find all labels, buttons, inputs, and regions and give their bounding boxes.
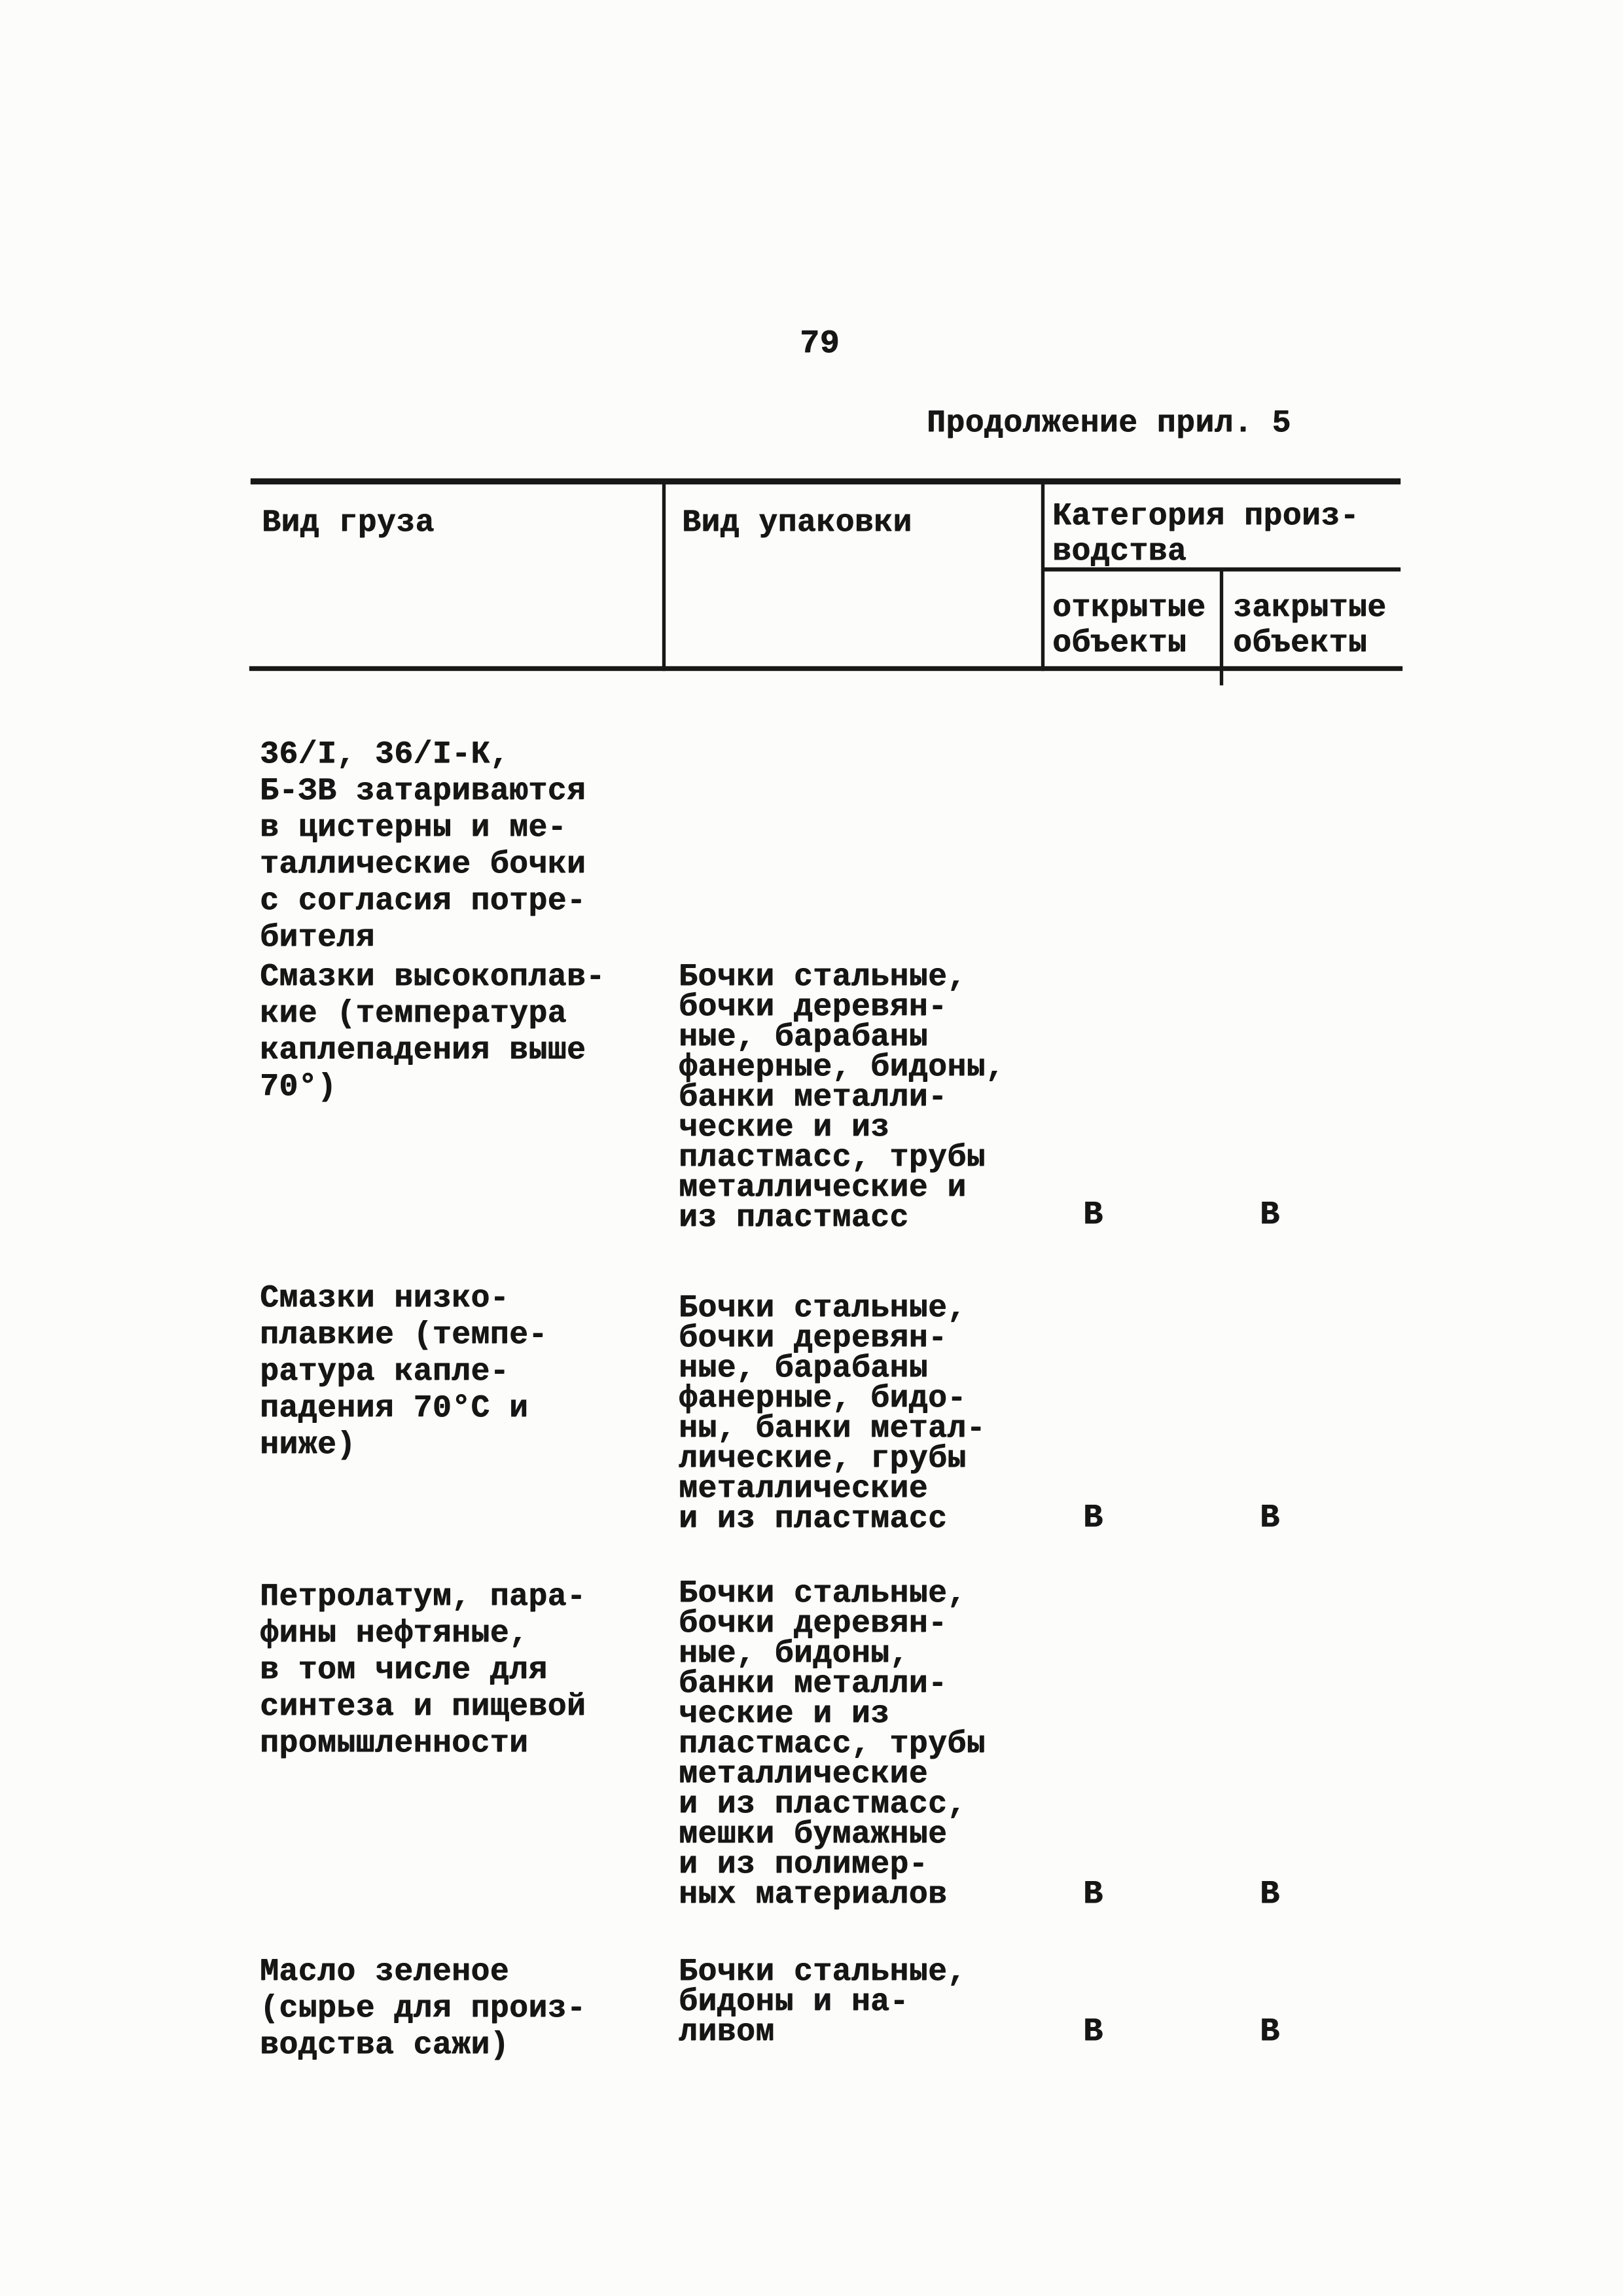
column-divider-1 [662, 480, 666, 671]
header-packaging: Вид упаковки [682, 505, 912, 541]
cargo-cell: 36/I, 36/I-К, Б-ЗВ затариваются в цистер… [260, 736, 586, 956]
column-divider-2 [1041, 480, 1044, 671]
continuation-note: Продолжение прил. 5 [927, 406, 1291, 441]
closed-objects-value: В [1260, 1502, 1280, 1535]
table-top-rule [251, 478, 1400, 484]
open-objects-value: В [1083, 1199, 1103, 1232]
closed-objects-value: В [1260, 1878, 1280, 1911]
cargo-cell: Масло зеленое (сырье для произ- водства … [260, 1954, 586, 2064]
cargo-cell: Смазки высокоплав- кие (температура капл… [260, 959, 605, 1105]
open-objects-value: В [1083, 1878, 1103, 1911]
packaging-cell: Бочки стальные, бочки деревян- ные, бара… [679, 1293, 986, 1534]
closed-objects-value: В [1260, 1199, 1280, 1232]
header-closed-objects: закрытые объекты [1233, 590, 1386, 661]
open-objects-value: В [1083, 1502, 1103, 1535]
header-cargo: Вид груза [262, 505, 435, 541]
cargo-cell: Смазки низко- плавкие (темпе- ратура кап… [260, 1280, 548, 1463]
packaging-cell: Бочки стальные, бидоны и на- ливом [679, 1957, 967, 2047]
category-sub-divider [1220, 569, 1223, 685]
closed-objects-value: В [1260, 2016, 1280, 2049]
packaging-cell: Бочки стальные, бочки деревян- ные, бидо… [679, 1579, 986, 1910]
open-objects-value: В [1083, 2016, 1103, 2049]
page-number: 79 [800, 325, 840, 363]
table-header-bottom-rule [249, 666, 1402, 671]
scanned-document-page: 79 Продолжение прил. 5 Вид груза Вид упа… [0, 0, 1623, 2296]
header-open-objects: открытые объекты [1052, 590, 1205, 661]
header-category: Категория произ- водства [1052, 499, 1359, 569]
cargo-cell: Петролатум, пара- фины нефтяные, в том ч… [260, 1579, 586, 1762]
packaging-cell: Бочки стальные, бочки деревян- ные, бара… [679, 962, 1005, 1233]
